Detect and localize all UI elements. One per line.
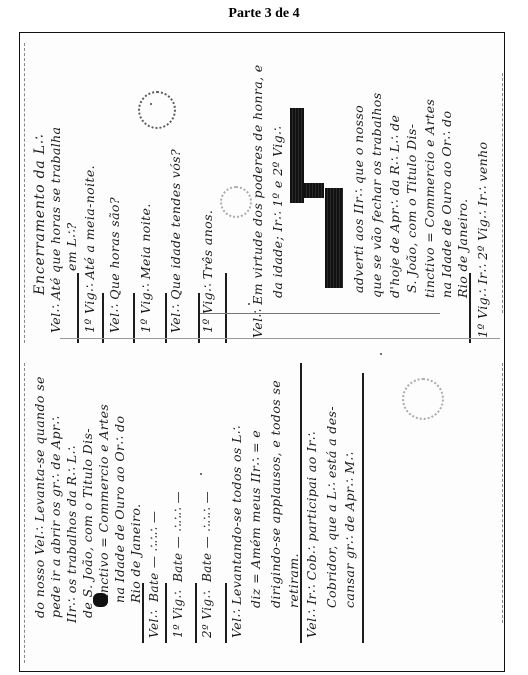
ink-blot: [93, 593, 108, 607]
right-margin-rule: [502, 363, 503, 623]
ritual-line: Vel∴ Que idade tendes vós?: [170, 149, 183, 333]
row-divider: [225, 583, 227, 643]
ritual-line: do nosso Vel∴ Levanta-se quando se: [34, 376, 47, 618]
ritual-line: IIr∴ os trabalhos da R∴ L∴: [66, 446, 79, 623]
ritual-line: S. João, com o Titulo Dis-: [406, 124, 419, 293]
scan-speck: [200, 473, 202, 475]
ink-redaction: [290, 108, 304, 203]
battery-text: Bate — ∴∴∴ —: [200, 491, 214, 582]
scan-speck: [150, 103, 152, 105]
row-divider: [165, 583, 167, 643]
row-divider: [225, 273, 227, 343]
section-divider: [200, 313, 440, 314]
row-divider: [195, 583, 197, 643]
ritual-line: retiram.: [288, 553, 301, 608]
ritual-line: tinctivo = Commercio e Artes: [98, 404, 111, 603]
scan-speck: [380, 353, 382, 355]
seal-stamp: [138, 91, 176, 129]
handwritten-page: Encerramento da L∴ Vel∴ Até que horas se…: [20, 33, 504, 671]
row-divider: [77, 273, 79, 343]
row-divider: [165, 293, 167, 343]
officer-label: Vel∴: [147, 610, 161, 638]
ritual-line: Cobridor, que a L∴ está a des-: [326, 406, 339, 608]
page-title: Parte 3 de 4: [0, 6, 528, 22]
left-margin-rule: [24, 363, 25, 663]
ritual-line: adverti aos IIr∴ que o nosso: [353, 105, 366, 293]
seal-stamp: [220, 186, 252, 218]
ritual-line: que se vão fechar os trabalhos: [371, 92, 384, 298]
row-divider: [133, 293, 135, 343]
battery-text: Bate — ∴∴∴ —: [171, 491, 185, 582]
ritual-line: na Idade de Ouro ao Or∴ do: [441, 111, 454, 298]
ink-redaction: [304, 183, 324, 198]
ritual-line: 1º Vig∴ Três anos.: [202, 210, 215, 333]
section-heading: Encerramento da L∴: [33, 134, 47, 295]
ritual-line: Vel∴ Que horas são?: [109, 197, 122, 333]
ritual-line: dirigindo-se applausos, e todos se: [270, 380, 283, 608]
row-divider: [142, 583, 144, 643]
section-divider: [60, 338, 500, 339]
row-divider: [362, 373, 364, 643]
battery-text: Bate — ∴∴∴ —: [147, 511, 161, 602]
ritual-line: tinctivo = Commercio e Artes: [424, 99, 437, 298]
row-divider: [469, 273, 471, 343]
ink-redaction: [325, 188, 343, 288]
scan-speck: [248, 303, 250, 305]
ritual-line: Vel∴ Até que horas se trabalha: [50, 127, 63, 333]
ritual-line: 1º Vig∴ Até a meia-noite.: [84, 165, 97, 333]
row-divider: [300, 363, 302, 643]
ritual-line: da idade; Ir∴ 1º e 2º Vig∴: [272, 127, 285, 298]
left-margin-rule: [24, 43, 25, 343]
ritual-line: Vel∴ Ir∴ Cob∴ participai ao Ir∴: [306, 432, 319, 638]
right-margin-rule: [502, 73, 503, 313]
seal-stamp: [402, 378, 444, 420]
officer-label: 2º Vig∴: [200, 590, 214, 638]
ritual-line: diz = Amém meus IIr∴ = e: [250, 430, 263, 608]
ritual-line: 1º Vig∴ Ir∴ 2º Vig∴ Ir∴ venho: [477, 142, 490, 338]
ritual-line: na Idade de Ouro ao Or∴ do: [114, 416, 127, 603]
ritual-line: Rio de Janeiro.: [130, 504, 143, 603]
row-divider: [102, 293, 104, 343]
ritual-line: pede ir a abrir os gr∴ de Apr∴: [50, 416, 63, 618]
ritual-line: d'hoje de Apr∴ da R∴ L∴ de: [389, 115, 402, 298]
ritual-line: 1º Vig∴ Meia noite.: [140, 203, 153, 333]
ritual-line: em L∴?: [66, 222, 79, 271]
ritual-line: cansar gr∴ de Apr∴ M∴: [344, 452, 357, 608]
battery-line: Vel∴ Bate — ∴∴∴ —: [148, 511, 160, 638]
battery-line: 2º Vig∴ Bate — ∴∴∴ —: [201, 491, 213, 638]
ritual-line: Vel∴ Levantando-se todos os L∴: [231, 426, 244, 638]
ritual-line: Rio de Janeiro.: [457, 199, 470, 298]
officer-label: 1º Vig∴: [171, 590, 185, 638]
battery-line: 1º Vig∴ Bate — ∴∴∴ —: [172, 491, 184, 638]
ritual-line: Vel∴ Em virtude dos poderes de honra, e: [252, 64, 265, 338]
document-scan: Encerramento da L∴ Vel∴ Até que horas se…: [19, 32, 505, 672]
ritual-line: de S. João, com o Titulo Dis-: [82, 428, 95, 618]
